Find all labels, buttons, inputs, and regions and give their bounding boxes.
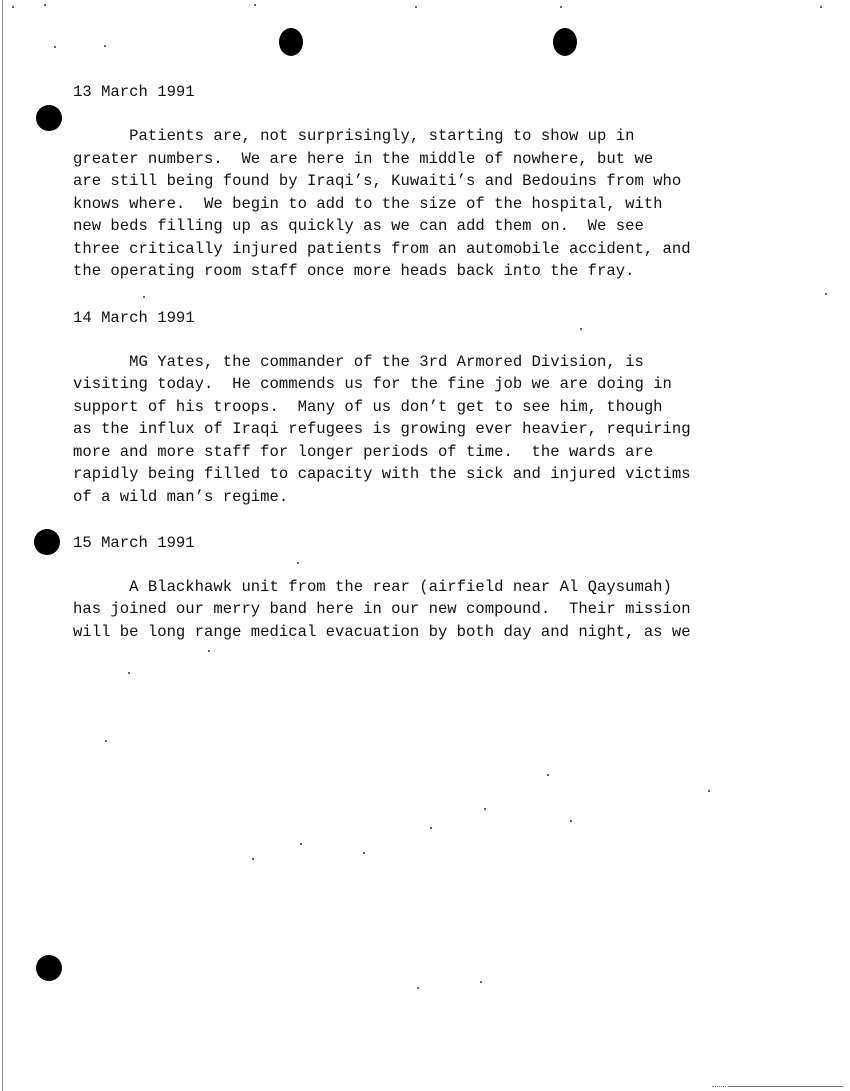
scan-speck	[297, 562, 299, 564]
entry-date: 13 March 1991	[73, 81, 195, 104]
scan-speck	[252, 858, 254, 860]
scan-speck	[363, 852, 365, 854]
scan-speck	[12, 6, 14, 8]
entry-line: the operating room staff once more heads…	[73, 260, 634, 283]
entry-line: A Blackhawk unit from the rear (airfield…	[73, 576, 672, 599]
scan-speck	[570, 820, 572, 822]
entry-line: as the influx of Iraqi refugees is growi…	[73, 418, 691, 441]
entry-line: of a wild man’s regime.	[73, 486, 288, 509]
scan-speck	[484, 808, 486, 810]
entry-line: more and more staff for longer periods o…	[73, 441, 653, 464]
scan-speck	[580, 328, 582, 330]
page-edge-line	[2, 0, 3, 1091]
entry-date: 14 March 1991	[73, 307, 195, 330]
entry-line: Patients are, not surprisingly, starting…	[73, 125, 634, 148]
hole-punch-top-right	[553, 28, 577, 56]
scan-speck	[708, 790, 710, 792]
entry-line: support of his troops. Many of us don’t …	[73, 396, 663, 419]
scan-speck	[820, 6, 822, 8]
entry-line: MG Yates, the commander of the 3rd Armor…	[73, 351, 644, 374]
scanned-page: 13 March 1991 Patients are, not surprisi…	[0, 0, 850, 1091]
entry-date: 15 March 1991	[73, 532, 195, 555]
hole-punch-top-left	[279, 28, 303, 56]
entry-line: new beds filling up as quickly as we can…	[73, 215, 644, 238]
entry-line: greater numbers. We are here in the midd…	[73, 148, 653, 171]
scan-speck	[44, 4, 46, 6]
entry-line: knows where. We begin to add to the size…	[73, 193, 663, 216]
entry-line: three critically injured patients from a…	[73, 238, 691, 261]
hole-punch-left-middle	[34, 529, 60, 555]
scan-speck	[547, 774, 549, 776]
scan-speck	[143, 296, 145, 298]
scan-speck	[430, 827, 432, 829]
scan-speck	[417, 987, 419, 989]
scan-speck	[415, 6, 417, 8]
entry-line: will be long range medical evacuation by…	[73, 621, 691, 644]
scan-speck	[208, 650, 210, 652]
scan-speck	[254, 4, 256, 6]
footer-dash	[712, 1086, 726, 1088]
scan-speck	[105, 740, 107, 742]
entry-line: are still being found by Iraqi’s, Kuwait…	[73, 170, 681, 193]
entry-line: has joined our merry band here in our ne…	[73, 598, 691, 621]
scan-speck	[825, 293, 827, 295]
scan-speck	[300, 843, 302, 845]
scan-speck	[104, 45, 106, 47]
hole-punch-left-lower	[36, 955, 62, 981]
scan-speck	[54, 46, 56, 48]
scan-speck	[560, 6, 562, 8]
scan-speck	[480, 981, 482, 983]
entry-line: visiting today. He commends us for the f…	[73, 373, 672, 396]
hole-punch-left-upper	[36, 105, 62, 131]
entry-line: rapidly being filled to capacity with th…	[73, 463, 691, 486]
footer-rule	[728, 1086, 843, 1087]
scan-speck	[128, 672, 130, 674]
